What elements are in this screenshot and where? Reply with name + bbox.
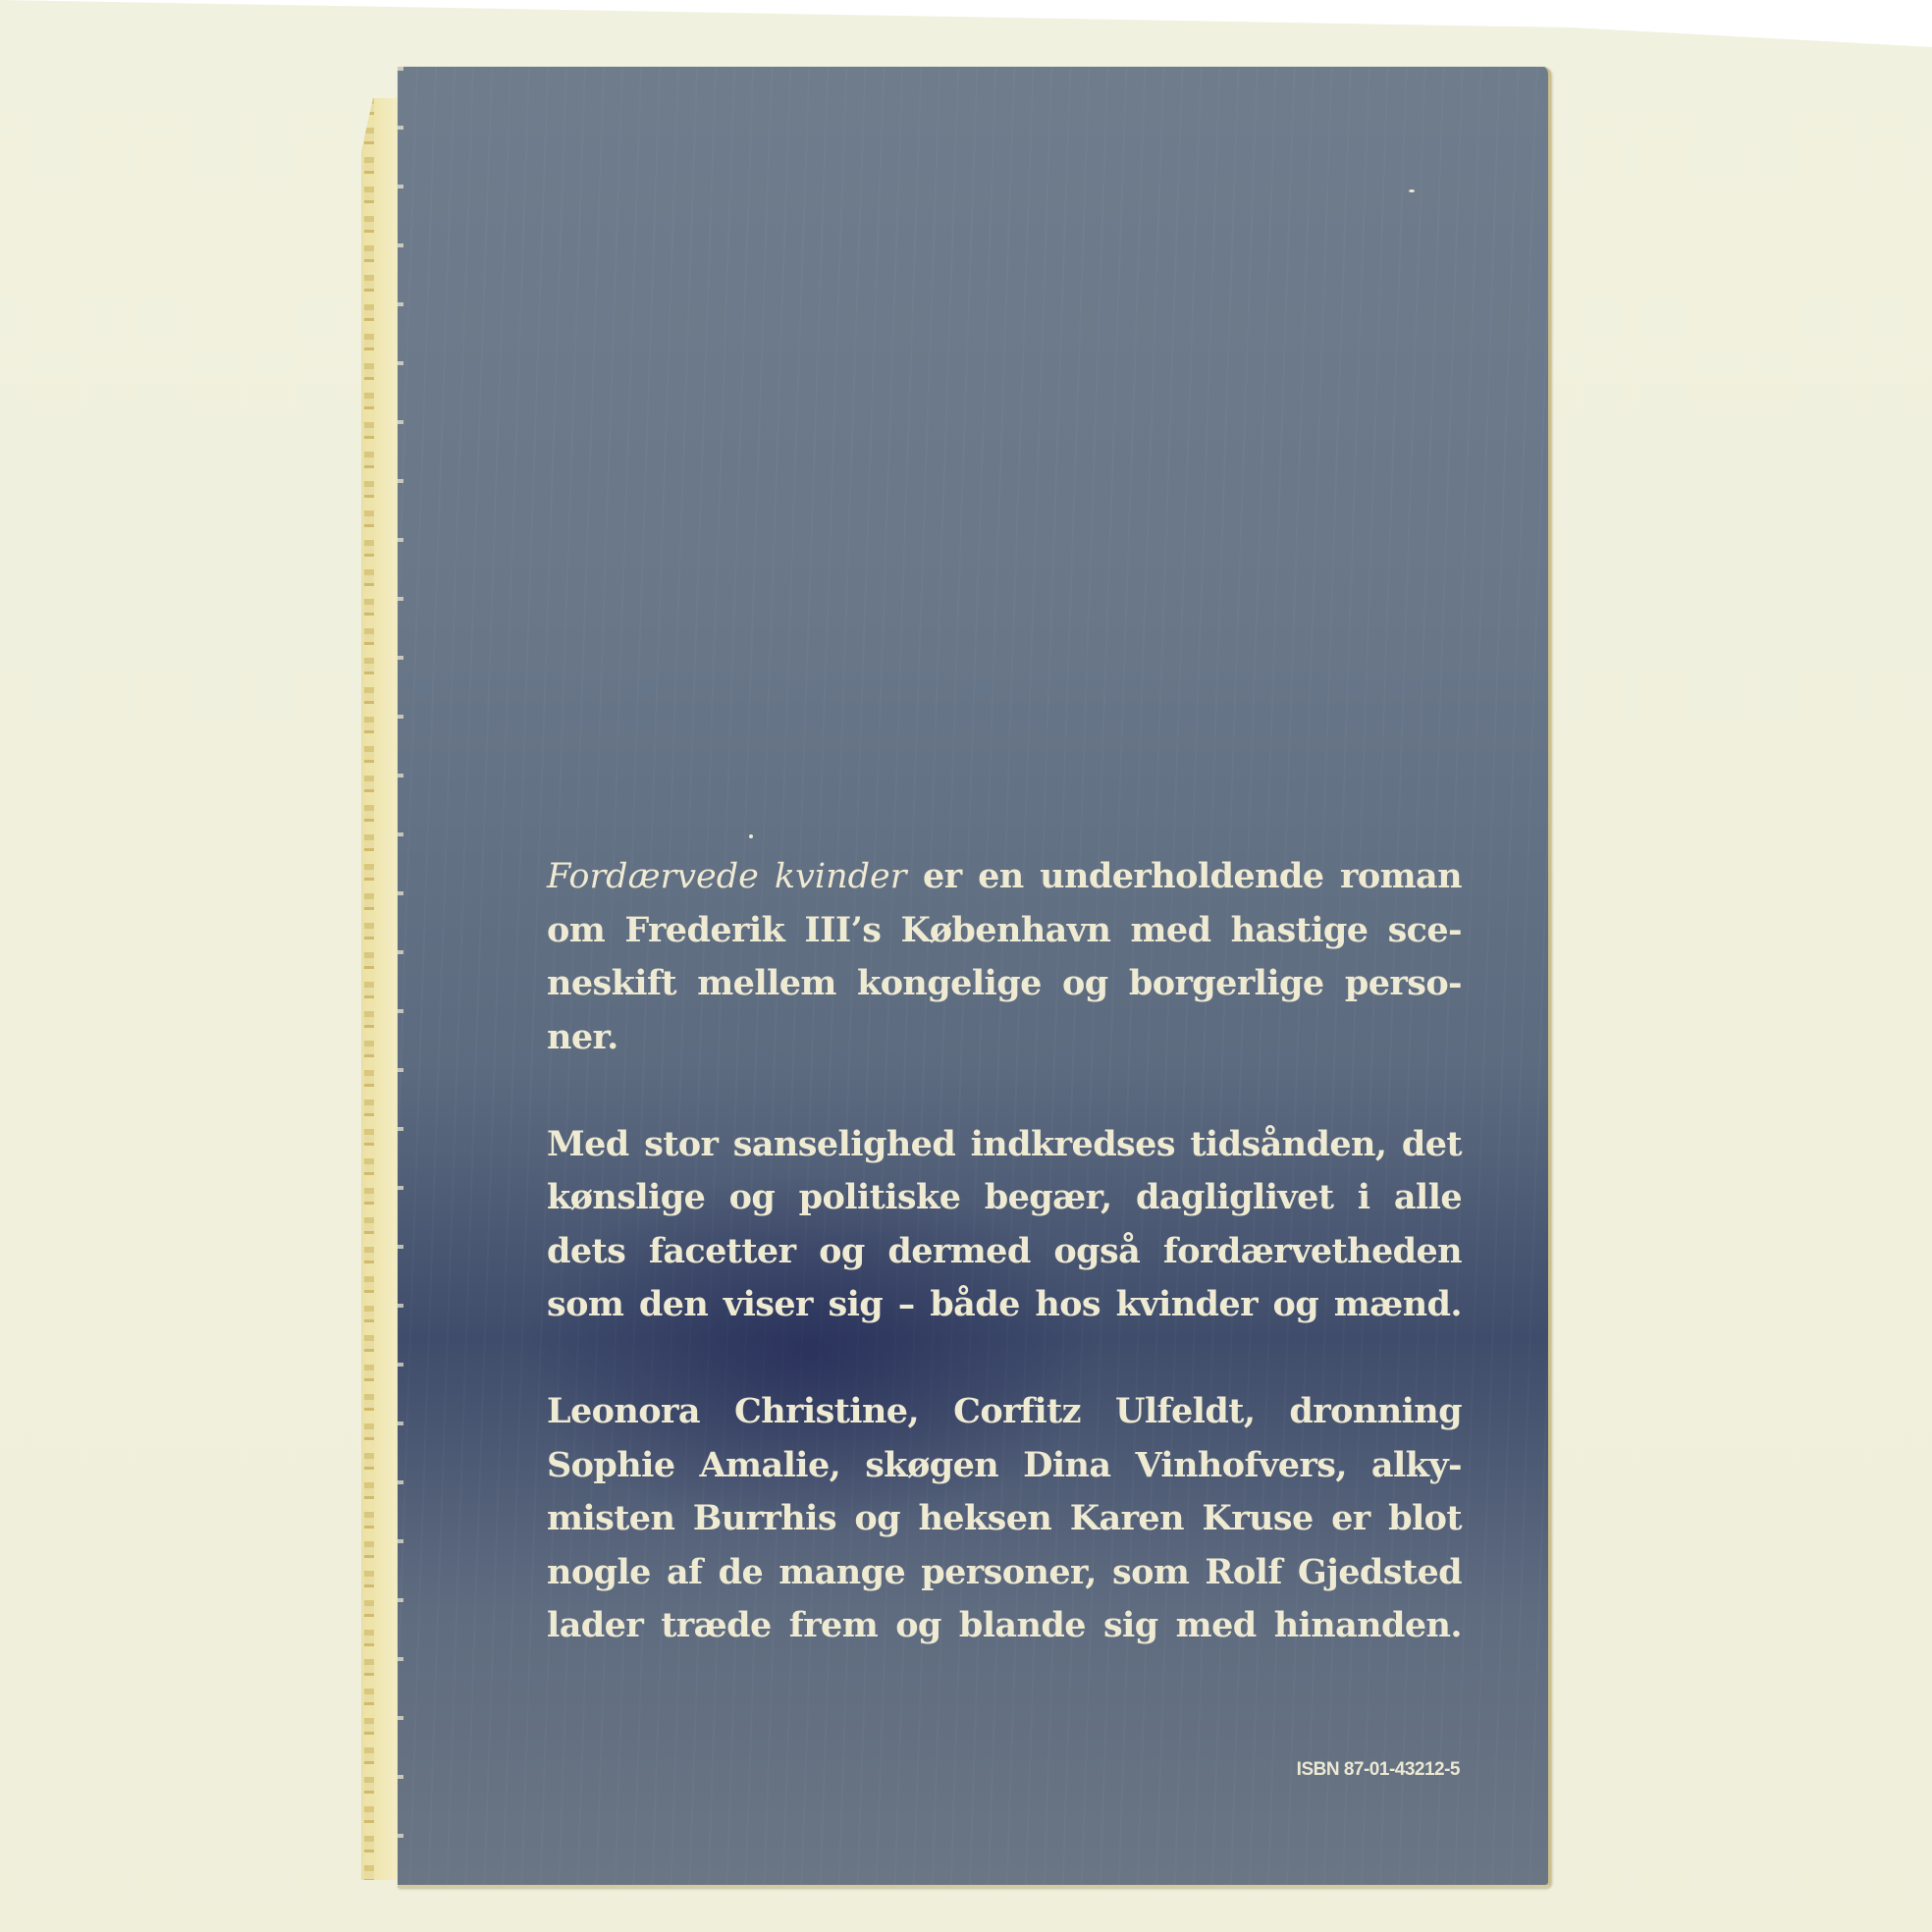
blurb-text: Fordærvede kvinder er en underholdende r… — [547, 850, 1462, 1706]
blurb-line: nogle af de mange personer, som Rolf Gje… — [547, 1546, 1462, 1600]
blurb-line: Fordærvede kvinder er en underholdende r… — [547, 850, 1462, 904]
blurb-line: misten Burrhis og heksen Karen Kruse er … — [547, 1492, 1462, 1546]
blurb-line: kønslige og politiske begær, dagliglivet… — [547, 1171, 1462, 1225]
cover-speck — [749, 834, 753, 838]
blurb-line: lader træde frem og blande sig med hinan… — [547, 1599, 1462, 1653]
blurb-line: ner. — [547, 1011, 1462, 1065]
blurb-line: Med stor sanselighed indkredses tidsånde… — [547, 1118, 1462, 1172]
blurb-paragraph-1: Fordærvede kvinder er en underholdende r… — [547, 850, 1462, 1064]
blurb-line: om Frederik III’s København med hastige … — [547, 904, 1462, 958]
blurb-line: Sophie Amalie, skøgen Dina Vinhofvers, a… — [547, 1439, 1462, 1493]
blurb-paragraph-3: Leonora Christine, Corfitz Ulfeldt, dron… — [547, 1385, 1462, 1653]
book-back-cover: Fordærvede kvinder er en underholdende r… — [398, 67, 1551, 1888]
book-title-italic: Fordærvede kvinder — [547, 857, 906, 896]
blurb-paragraph-2: Med stor sanselighed indkredses tidsånde… — [547, 1118, 1462, 1332]
blurb-line: dets facetter og dermed også fordærvethe… — [547, 1225, 1462, 1279]
blurb-line: neskift mellem kongelige og borgerlige p… — [547, 957, 1462, 1011]
blurb-line: Leonora Christine, Corfitz Ulfeldt, dron… — [547, 1385, 1462, 1439]
isbn-label: ISBN 87-01-43212-5 — [1297, 1759, 1460, 1781]
blurb-line: som den viser sig – både hos kvinder og … — [547, 1278, 1462, 1332]
book-page-edges — [361, 98, 401, 1880]
background-top-white — [0, 0, 1932, 59]
cover-speck — [1409, 189, 1415, 192]
